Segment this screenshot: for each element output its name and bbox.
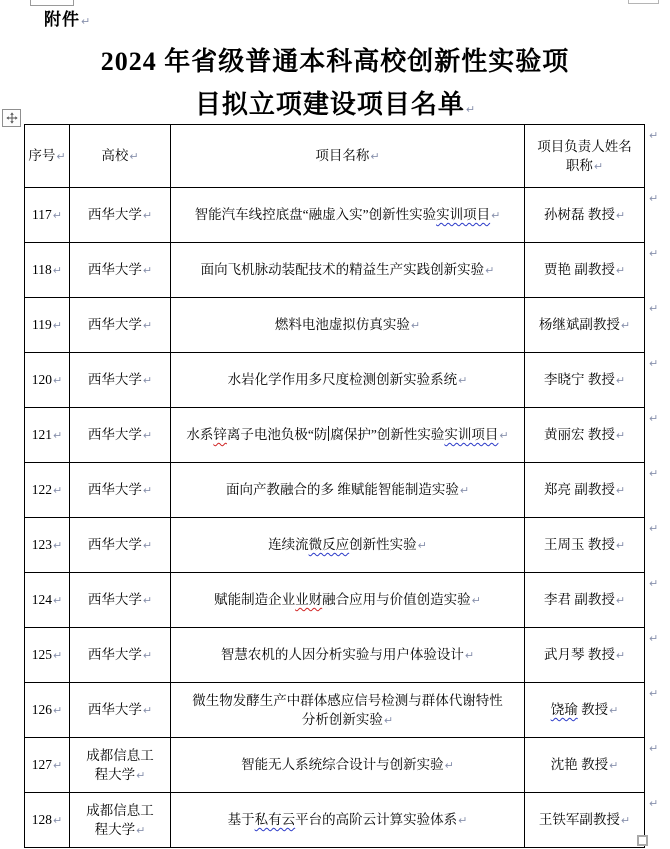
- paragraph-mark: ↵: [81, 15, 90, 28]
- end-of-cell-mark: ↵: [616, 209, 625, 222]
- end-of-cell-mark: ↵: [460, 484, 469, 497]
- end-of-row-mark: ↵: [649, 192, 658, 205]
- end-of-cell-mark: ↵: [609, 704, 618, 717]
- end-of-cell-mark: ↵: [143, 319, 152, 332]
- end-of-cell-mark: ↵: [616, 484, 625, 497]
- text-segment[interactable]: 智能无人系统综合设计与创新实验: [241, 757, 444, 772]
- cell-serial[interactable]: 118↵: [25, 243, 70, 298]
- end-of-row-mark: ↵: [649, 302, 658, 315]
- end-of-cell-mark: ↵: [143, 539, 152, 552]
- table-row: 127↵成都信息工 程大学↵智能无人系统综合设计与创新实验↵沈艳 教授↵: [25, 738, 645, 793]
- spellcheck-flagged-text[interactable]: 私有云: [255, 812, 296, 827]
- document-title[interactable]: 2024 年省级普通本科高校创新性实验项 目拟立项建设项目名单↵: [0, 40, 670, 131]
- cell-serial[interactable]: 120↵: [25, 353, 70, 408]
- end-of-cell-mark: ↵: [458, 374, 467, 387]
- cell-serial[interactable]: 122↵: [25, 463, 70, 518]
- end-of-cell-mark: ↵: [143, 594, 152, 607]
- text-segment[interactable]: 李晓宁 教授: [544, 372, 615, 387]
- cell-leader[interactable]: 沈艳 教授↵: [525, 738, 645, 793]
- cell-leader[interactable]: 李晓宁 教授↵: [525, 353, 645, 408]
- cell-leader[interactable]: 王铁军副教授↵: [525, 793, 645, 848]
- end-of-cell-mark: ↵: [143, 484, 152, 497]
- serial-number: 120: [32, 372, 52, 387]
- end-of-row-mark: ↵: [649, 412, 658, 425]
- university-name: 西华大学: [88, 482, 142, 497]
- cell-university[interactable]: 西华大学↵: [70, 573, 171, 628]
- cell-project-name[interactable]: 连续流微反应创新性实验↵: [171, 518, 525, 573]
- cell-leader[interactable]: 杨继斌副教授↵: [525, 298, 645, 353]
- end-of-row-mark: ↵: [649, 632, 658, 645]
- end-of-row-mark: ↵: [649, 467, 658, 480]
- text-segment[interactable]: 微生物发酵生产中群体感应信号检测与群体代谢特性 分析创新实验: [192, 693, 503, 727]
- header-cell-3[interactable]: 项目负责人姓名 职称↵: [525, 125, 645, 188]
- serial-number: 127: [32, 757, 52, 772]
- end-of-cell-mark: ↵: [616, 649, 625, 662]
- end-of-cell-mark: ↵: [499, 429, 508, 442]
- spellcheck-flagged-text[interactable]: 实训项目: [436, 207, 490, 222]
- table-row: 117↵西华大学↵智能汽车线控底盘“融虚入实”创新性实验实训项目↵孙树磊 教授↵: [25, 188, 645, 243]
- end-of-row-mark: ↵: [649, 129, 658, 142]
- serial-number: 125: [32, 647, 52, 662]
- serial-number: 122: [32, 482, 52, 497]
- text-segment[interactable]: 平台的高阶云计算实验体系: [295, 812, 457, 827]
- spellcheck-flagged-text[interactable]: 饶瑜: [551, 702, 578, 717]
- cell-project-name[interactable]: 微生物发酵生产中群体感应信号检测与群体代谢特性 分析创新实验↵: [171, 683, 525, 738]
- serial-number: 121: [32, 427, 52, 442]
- end-of-cell-mark: ↵: [411, 319, 420, 332]
- cell-university[interactable]: 西华大学↵: [70, 518, 171, 573]
- end-of-cell-mark: ↵: [465, 649, 474, 662]
- cell-university[interactable]: 成都信息工 程大学↵: [70, 738, 171, 793]
- spellcheck-flagged-text[interactable]: 业财: [295, 592, 322, 607]
- cell-leader[interactable]: 黄丽宏 教授↵: [525, 408, 645, 463]
- cell-serial[interactable]: 127↵: [25, 738, 70, 793]
- header-label: 高校: [101, 148, 128, 163]
- cell-leader[interactable]: 王周玉 教授↵: [525, 518, 645, 573]
- text-segment[interactable]: 智慧农机的人因分析实验与用户体验设计: [221, 647, 464, 662]
- text-segment[interactable]: 燃料电池虚拟仿真实验: [275, 317, 410, 332]
- text-segment[interactable]: 杨继斌副教授: [539, 317, 620, 332]
- spellcheck-flagged-text[interactable]: 实训项目: [444, 427, 498, 442]
- cell-project-name[interactable]: 水岩化学作用多尺度检测创新实验系统↵: [171, 353, 525, 408]
- text-segment[interactable]: 腐保护”创新性实验: [330, 427, 444, 442]
- text-segment[interactable]: 融合应用与价值创造实验: [322, 592, 471, 607]
- end-of-cell-mark: ↵: [53, 319, 62, 332]
- text-segment[interactable]: 赋能制造企业: [214, 592, 295, 607]
- end-of-cell-mark: ↵: [621, 319, 630, 332]
- cell-project-name[interactable]: 智能无人系统综合设计与创新实验↵: [171, 738, 525, 793]
- cell-leader[interactable]: 贾艳 副教授↵: [525, 243, 645, 298]
- cell-serial[interactable]: 124↵: [25, 573, 70, 628]
- cell-university[interactable]: 西华大学↵: [70, 463, 171, 518]
- end-of-row-mark: ↵: [649, 577, 658, 590]
- text-segment[interactable]: 王铁军副教授: [539, 812, 620, 827]
- university-name: 西华大学: [88, 372, 142, 387]
- cell-project-name[interactable]: 燃料电池虚拟仿真实验↵: [171, 298, 525, 353]
- end-of-cell-mark: ↵: [143, 209, 152, 222]
- text-segment[interactable]: 连续流: [268, 537, 309, 552]
- end-of-cell-mark: ↵: [53, 649, 62, 662]
- table-row: 119↵西华大学↵燃料电池虚拟仿真实验↵杨继斌副教授↵: [25, 298, 645, 353]
- text-segment[interactable]: 水系: [186, 427, 213, 442]
- table-header-row: 序号↵高校↵项目名称↵项目负责人姓名 职称↵: [25, 125, 645, 188]
- spellcheck-flagged-text[interactable]: 锌: [213, 427, 227, 442]
- end-of-cell-mark: ↵: [485, 264, 494, 277]
- cell-serial[interactable]: 121↵: [25, 408, 70, 463]
- end-of-cell-mark: ↵: [136, 769, 145, 782]
- table-row: 126↵西华大学↵微生物发酵生产中群体感应信号检测与群体代谢特性 分析创新实验↵…: [25, 683, 645, 738]
- end-of-cell-mark: ↵: [445, 759, 454, 772]
- cell-serial[interactable]: 117↵: [25, 188, 70, 243]
- cell-university[interactable]: 西华大学↵: [70, 353, 171, 408]
- cell-leader[interactable]: 郑亮 副教授↵: [525, 463, 645, 518]
- cell-serial[interactable]: 125↵: [25, 628, 70, 683]
- header-label: 项目名称: [315, 148, 369, 163]
- end-of-cell-mark: ↵: [384, 714, 393, 727]
- end-of-cell-mark: ↵: [458, 814, 467, 827]
- paragraph-mark: ↵: [466, 103, 475, 116]
- spellcheck-flagged-text[interactable]: 微反应: [309, 537, 350, 552]
- cell-university[interactable]: 成都信息工 程大学↵: [70, 793, 171, 848]
- end-of-cell-mark: ↵: [53, 759, 62, 772]
- end-of-cell-mark: ↵: [136, 824, 145, 837]
- end-of-row-mark: ↵: [649, 522, 658, 535]
- end-of-row-mark: ↵: [649, 357, 658, 370]
- university-name: 西华大学: [88, 537, 142, 552]
- text-segment[interactable]: 面向飞机脉动装配技术的精益生产实践创新实验: [201, 262, 485, 277]
- text-segment[interactable]: 水岩化学作用多尺度检测创新实验系统: [228, 372, 458, 387]
- cell-serial[interactable]: 126↵: [25, 683, 70, 738]
- move-arrows-icon: [6, 112, 18, 124]
- end-of-cell-mark: ↵: [129, 150, 138, 163]
- text-segment[interactable]: 基于: [228, 812, 255, 827]
- text-segment[interactable]: 王周玉 教授: [544, 537, 615, 552]
- serial-number: 123: [32, 537, 52, 552]
- serial-number: 128: [32, 812, 52, 827]
- cell-university[interactable]: 西华大学↵: [70, 683, 171, 738]
- serial-number: 124: [32, 592, 52, 607]
- cropped-ui-fragment-right: [628, 0, 659, 4]
- serial-number: 117: [32, 207, 52, 222]
- cell-project-name[interactable]: 水系锌离子电池负极“防腐保护”创新性实验实训项目↵: [171, 408, 525, 463]
- header-label: 序号: [28, 148, 55, 163]
- text-segment[interactable]: 孙树磊 教授: [544, 207, 615, 222]
- table-row: 121↵西华大学↵水系锌离子电池负极“防腐保护”创新性实验实训项目↵黄丽宏 教授…: [25, 408, 645, 463]
- end-of-cell-mark: ↵: [616, 594, 625, 607]
- end-of-cell-mark: ↵: [609, 759, 618, 772]
- text-segment[interactable]: 创新性实验: [349, 537, 417, 552]
- header-label: 项目负责人姓名 职称: [537, 139, 632, 173]
- text-segment[interactable]: 离子电池负极“防: [227, 427, 328, 442]
- cell-leader[interactable]: 饶瑜 教授↵: [525, 683, 645, 738]
- university-name: 西华大学: [88, 427, 142, 442]
- university-name: 西华大学: [88, 702, 142, 717]
- end-of-cell-mark: ↵: [53, 814, 62, 827]
- cell-leader[interactable]: 孙树磊 教授↵: [525, 188, 645, 243]
- header-cell-1[interactable]: 高校↵: [70, 125, 171, 188]
- header-cell-0[interactable]: 序号↵: [25, 125, 70, 188]
- cell-leader[interactable]: 武月琴 教授↵: [525, 628, 645, 683]
- university-name: 西华大学: [88, 647, 142, 662]
- table-row: 124↵西华大学↵赋能制造企业业财融合应用与价值创造实验↵李君 副教授↵: [25, 573, 645, 628]
- end-of-cell-mark: ↵: [143, 704, 152, 717]
- text-segment[interactable]: 郑亮 副教授: [544, 482, 615, 497]
- end-of-cell-mark: ↵: [143, 649, 152, 662]
- table-row: 125↵西华大学↵智慧农机的人因分析实验与用户体验设计↵武月琴 教授↵: [25, 628, 645, 683]
- end-of-cell-mark: ↵: [53, 704, 62, 717]
- attachment-label[interactable]: 附件↵: [44, 5, 90, 30]
- text-segment[interactable]: 教授: [578, 702, 608, 717]
- cell-project-name[interactable]: 赋能制造企业业财融合应用与价值创造实验↵: [171, 573, 525, 628]
- end-of-cell-mark: ↵: [53, 539, 62, 552]
- cell-serial[interactable]: 123↵: [25, 518, 70, 573]
- cell-serial[interactable]: 128↵: [25, 793, 70, 848]
- end-of-cell-mark: ↵: [616, 429, 625, 442]
- cell-leader[interactable]: 李君 副教授↵: [525, 573, 645, 628]
- text-segment[interactable]: 黄丽宏 教授: [544, 427, 615, 442]
- end-of-cell-mark: ↵: [418, 539, 427, 552]
- cell-project-name[interactable]: 基于私有云平台的高阶云计算实验体系↵: [171, 793, 525, 848]
- end-of-cell-mark: ↵: [616, 374, 625, 387]
- end-of-cell-mark: ↵: [491, 209, 500, 222]
- end-of-row-mark: ↵: [649, 247, 658, 260]
- table-row: 123↵西华大学↵连续流微反应创新性实验↵王周玉 教授↵: [25, 518, 645, 573]
- end-of-cell-mark: ↵: [370, 150, 379, 163]
- end-of-row-mark: ↵: [649, 797, 658, 810]
- cell-university[interactable]: 西华大学↵: [70, 628, 171, 683]
- table-resize-handle[interactable]: [637, 835, 648, 846]
- end-of-cell-mark: ↵: [143, 374, 152, 387]
- text-segment[interactable]: 李君 副教授: [544, 592, 615, 607]
- end-of-cell-mark: ↵: [616, 539, 625, 552]
- cell-university[interactable]: 西华大学↵: [70, 243, 171, 298]
- end-of-row-mark: ↵: [649, 687, 658, 700]
- end-of-row-mark: ↵: [649, 742, 658, 755]
- cell-project-name[interactable]: 智慧农机的人因分析实验与用户体验设计↵: [171, 628, 525, 683]
- university-name: 西华大学: [88, 262, 142, 277]
- university-name: 西华大学: [88, 317, 142, 332]
- projects-table[interactable]: 序号↵高校↵项目名称↵项目负责人姓名 职称↵117↵西华大学↵智能汽车线控底盘“…: [24, 124, 645, 848]
- text-segment[interactable]: 武月琴 教授: [544, 647, 615, 662]
- serial-number: 118: [32, 262, 52, 277]
- end-of-cell-mark: ↵: [53, 429, 62, 442]
- cell-university[interactable]: 西华大学↵: [70, 408, 171, 463]
- end-of-cell-mark: ↵: [53, 209, 62, 222]
- end-of-cell-mark: ↵: [53, 484, 62, 497]
- end-of-cell-mark: ↵: [143, 429, 152, 442]
- text-segment[interactable]: 贾艳 副教授: [544, 262, 615, 277]
- end-of-cell-mark: ↵: [53, 594, 62, 607]
- cell-university[interactable]: 西华大学↵: [70, 188, 171, 243]
- table-row: 118↵西华大学↵面向飞机脉动装配技术的精益生产实践创新实验↵贾艳 副教授↵: [25, 243, 645, 298]
- table-row: 120↵西华大学↵水岩化学作用多尺度检测创新实验系统↵李晓宁 教授↵: [25, 353, 645, 408]
- serial-number: 126: [32, 702, 52, 717]
- cell-project-name[interactable]: 面向飞机脉动装配技术的精益生产实践创新实验↵: [171, 243, 525, 298]
- end-of-cell-mark: ↵: [53, 264, 62, 277]
- cell-serial[interactable]: 119↵: [25, 298, 70, 353]
- title-line-1[interactable]: 2024 年省级普通本科高校创新性实验项: [0, 40, 670, 83]
- university-name: 西华大学: [88, 207, 142, 222]
- text-segment[interactable]: 智能汽车线控底盘“融虚入实”创新性实验: [195, 207, 436, 222]
- end-of-cell-mark: ↵: [616, 264, 625, 277]
- end-of-cell-mark: ↵: [53, 374, 62, 387]
- end-of-cell-mark: ↵: [594, 160, 603, 173]
- cell-project-name[interactable]: 面向产教融合的多 维赋能智能制造实验↵: [171, 463, 525, 518]
- cell-project-name[interactable]: 智能汽车线控底盘“融虚入实”创新性实验实训项目↵: [171, 188, 525, 243]
- document-page: { "attachment": { "label": "附件" }, "titl…: [0, 0, 670, 849]
- text-segment[interactable]: 沈艳 教授: [551, 757, 608, 772]
- header-cell-2[interactable]: 项目名称↵: [171, 125, 525, 188]
- end-of-cell-mark: ↵: [621, 814, 630, 827]
- table-move-handle[interactable]: [2, 109, 21, 127]
- end-of-cell-mark: ↵: [56, 150, 65, 163]
- table-row: 122↵西华大学↵面向产教融合的多 维赋能智能制造实验↵郑亮 副教授↵: [25, 463, 645, 518]
- end-of-cell-mark: ↵: [472, 594, 481, 607]
- end-of-cell-mark: ↵: [143, 264, 152, 277]
- serial-number: 119: [32, 317, 52, 332]
- cell-university[interactable]: 西华大学↵: [70, 298, 171, 353]
- text-segment[interactable]: 面向产教融合的多 维赋能智能制造实验: [226, 482, 459, 497]
- table-row: 128↵成都信息工 程大学↵基于私有云平台的高阶云计算实验体系↵王铁军副教授↵: [25, 793, 645, 848]
- university-name: 西华大学: [88, 592, 142, 607]
